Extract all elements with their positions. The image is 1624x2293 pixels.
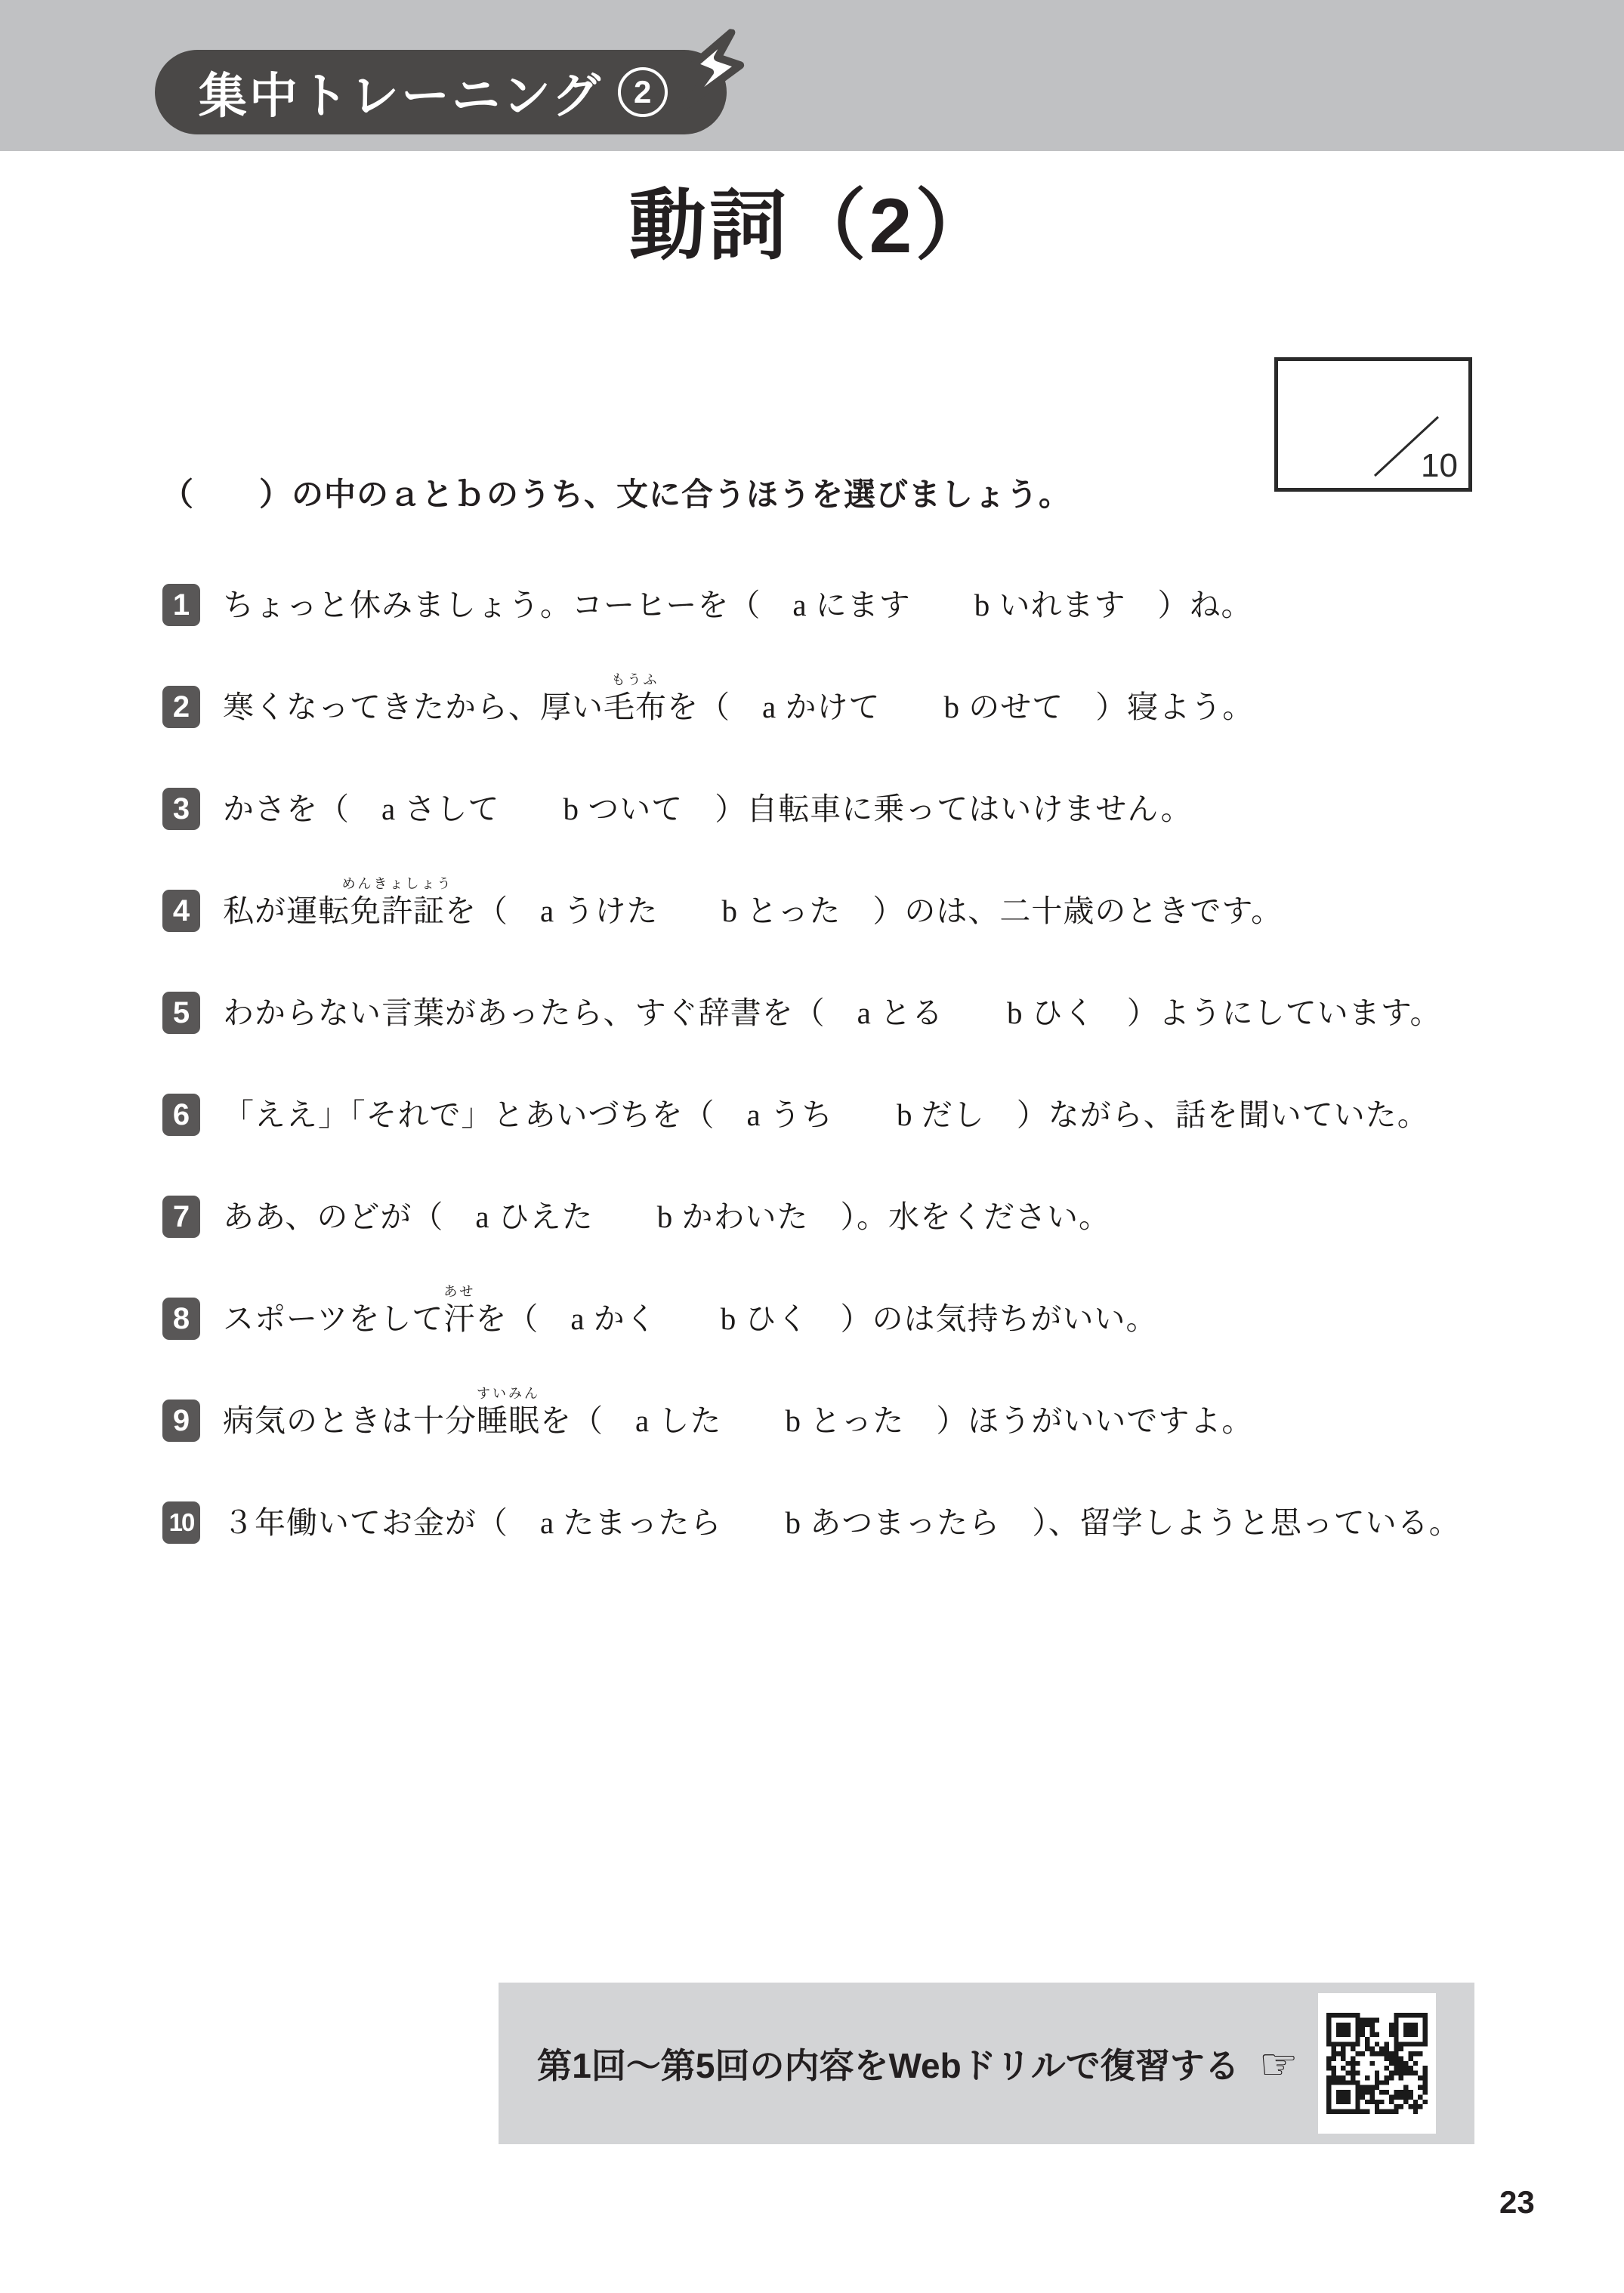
question-text: ちょっと休みましょう。コーヒーを（ a にます b いれます ）ね。 xyxy=(223,583,1253,627)
question-number-badge: 8 xyxy=(162,1298,200,1340)
furigana-word: 毛布もうふ xyxy=(604,685,667,729)
question-number-badge: 1 xyxy=(162,584,200,626)
question-text: ３年働いてお金が（ a たまったら b あつまったら ）、留学しようと思っている… xyxy=(223,1501,1461,1545)
score-box: 10 xyxy=(1274,357,1472,492)
question-number-badge: 10 xyxy=(162,1501,200,1544)
footer-review-text: 第1回〜第5回の内容をWebドリルで復習する xyxy=(537,2038,1239,2088)
furigana-word: 免許証めんきょしょう xyxy=(350,889,445,933)
question-row: 6「ええ」「それで」とあいづちを（ a うち b だし ）ながら、話を聞いていた… xyxy=(162,1093,1429,1137)
question-text: ああ、のどが（ a ひえた b かわいた ）。水をください。 xyxy=(223,1195,1110,1239)
instruction-text: （ ）の中のａとｂのうち、文に合うほうを選びましょう。 xyxy=(162,470,1071,515)
question-row: 9病気のときは十分睡眠すいみんを（ a した b とった ）ほうがいいですよ。 xyxy=(162,1399,1253,1443)
furigana-word: 汗あせ xyxy=(443,1297,475,1341)
page-title: 動詞（2） xyxy=(0,165,1624,275)
header-badge-label: 集中トレーニング xyxy=(199,57,603,127)
question-row: 2寒くなってきたから、厚い毛布もうふを（ a かけて b のせて ）寝よう。 xyxy=(162,685,1254,729)
question-row: 3かさを（ a さして b ついて ）自転車に乗ってはいけません。 xyxy=(162,787,1193,831)
page-number: 23 xyxy=(1499,2184,1535,2220)
lightning-icon xyxy=(674,23,755,121)
question-number-badge: 7 xyxy=(162,1196,200,1238)
header-badge-circled-number: 2 xyxy=(618,67,668,117)
pointing-hand-icon: ☞ xyxy=(1259,2043,1298,2087)
question-text: 寒くなってきたから、厚い毛布もうふを（ a かけて b のせて ）寝よう。 xyxy=(223,685,1254,729)
question-row: 4私が運転免許証めんきょしょうを（ a うけた b とった ）のは、二十歳のとき… xyxy=(162,889,1283,933)
question-number-badge: 4 xyxy=(162,890,200,932)
score-denominator: 10 xyxy=(1421,447,1458,485)
footer-review-box: 第1回〜第5回の内容をWebドリルで復習する ☞ xyxy=(499,1983,1474,2144)
question-number-badge: 9 xyxy=(162,1400,200,1442)
header-badge-number: 2 xyxy=(634,76,651,108)
question-row: 1ちょっと休みましょう。コーヒーを（ a にます b いれます ）ね。 xyxy=(162,583,1253,627)
qr-code xyxy=(1318,1993,1436,2134)
question-number-badge: 6 xyxy=(162,1094,200,1136)
question-number-badge: 2 xyxy=(162,686,200,728)
question-text: 私が運転免許証めんきょしょうを（ a うけた b とった ）のは、二十歳のときで… xyxy=(223,889,1283,933)
question-row: 7ああ、のどが（ a ひえた b かわいた ）。水をください。 xyxy=(162,1195,1110,1239)
question-text: かさを（ a さして b ついて ）自転車に乗ってはいけません。 xyxy=(223,787,1193,831)
question-row: 8スポーツをして汗あせを（ a かく b ひく ）のは気持ちがいい。 xyxy=(162,1297,1158,1341)
question-text: 「ええ」「それで」とあいづちを（ a うち b だし ）ながら、話を聞いていた。 xyxy=(223,1093,1429,1137)
question-number-badge: 5 xyxy=(162,992,200,1034)
question-row: 10３年働いてお金が（ a たまったら b あつまったら ）、留学しようと思って… xyxy=(162,1501,1461,1545)
furigana-word: 睡眠すいみん xyxy=(477,1399,540,1443)
question-text: スポーツをして汗あせを（ a かく b ひく ）のは気持ちがいい。 xyxy=(223,1297,1158,1341)
header-band: 集中トレーニング 2 xyxy=(0,0,1624,151)
question-number-badge: 3 xyxy=(162,788,200,830)
question-row: 5わからない言葉があったら、すぐ辞書を（ a とる b ひく ）ようにしています… xyxy=(162,991,1442,1035)
question-text: 病気のときは十分睡眠すいみんを（ a した b とった ）ほうがいいですよ。 xyxy=(223,1399,1253,1443)
header-badge: 集中トレーニング 2 xyxy=(155,50,727,134)
question-text: わからない言葉があったら、すぐ辞書を（ a とる b ひく ）ようにしています。 xyxy=(223,991,1442,1035)
